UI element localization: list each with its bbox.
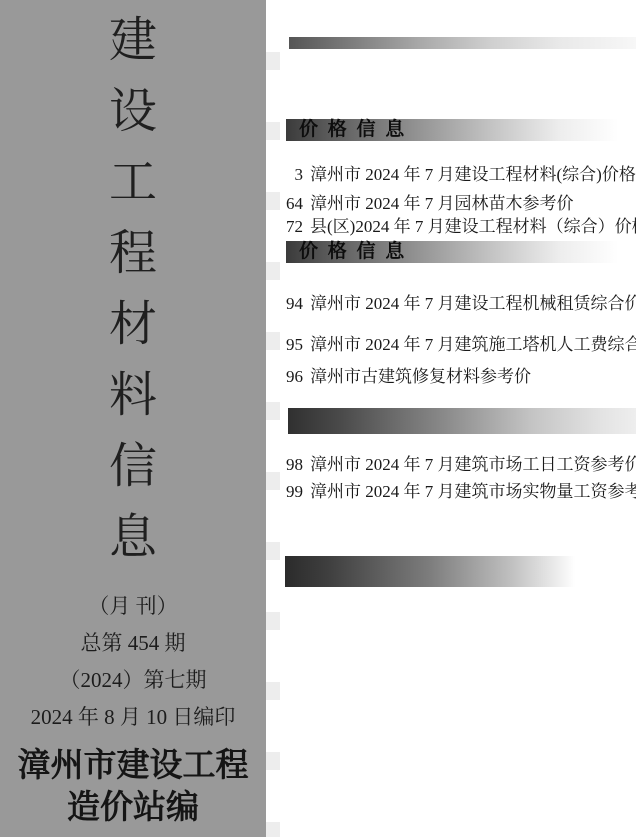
toc-entry: 99 漳州市 2024 年 7 月建筑市场实物量工资参考价 (281, 477, 635, 502)
page-number: 64 (281, 194, 303, 214)
entry-title: 漳州市 2024 年 7 月建设工程材料(综合)价格 (310, 160, 636, 185)
page-number: 72 (281, 217, 303, 237)
toc-entry: 95 漳州市 2024 年 7 月建筑施工塔机人工费综合价 (281, 330, 635, 355)
gradient-bar-top (289, 37, 636, 49)
entry-title: 漳州市 2024 年 7 月建筑市场实物量工资参考价 (310, 477, 636, 502)
section-header-label: 价 格 信 息 (299, 119, 407, 140)
magazine-cover-page: 建 设 工 程 材 料 信 息 （月 刊） 总第 454 期 （2024）第七期… (0, 0, 636, 837)
entry-title: 漳州市 2024 年 7 月园林苗木参考价 (310, 189, 635, 214)
table-of-contents: 价 格 信 息 3 漳州市 2024 年 7 月建设工程材料(综合)价格 64 … (0, 0, 636, 837)
section-header-price-info-2: 价 格 信 息 (286, 241, 636, 263)
page-number: 94 (281, 294, 303, 314)
toc-entry: 3 漳州市 2024 年 7 月建设工程材料(综合)价格 (281, 160, 635, 185)
page-number: 98 (281, 455, 303, 475)
toc-entry: 96 漳州市古建筑修复材料参考价 (281, 362, 635, 387)
entry-title: 漳州市 2024 年 7 月建筑施工塔机人工费综合价 (310, 330, 636, 355)
page-number: 95 (281, 335, 303, 355)
entry-title: 漳州市 2024 年 7 月建设工程机械租赁综合价 (310, 289, 636, 314)
gradient-bar-bottom (285, 556, 575, 587)
entry-title: 漳州市 2024 年 7 月建筑市场工日工资参考价 (310, 450, 636, 475)
page-number: 96 (281, 367, 303, 387)
entry-title: 县(区)2024 年 7 月建设工程材料（综合）价格 (310, 212, 636, 237)
gradient-bar-middle (288, 408, 636, 434)
toc-entry: 72 县(区)2024 年 7 月建设工程材料（综合）价格 (281, 212, 635, 237)
toc-entry: 94 漳州市 2024 年 7 月建设工程机械租赁综合价 (281, 289, 635, 314)
page-number: 99 (281, 482, 303, 502)
section-header-price-info-1: 价 格 信 息 (286, 119, 636, 141)
toc-entry: 98 漳州市 2024 年 7 月建筑市场工日工资参考价 (281, 450, 635, 475)
section-header-label: 价 格 信 息 (299, 241, 407, 262)
entry-title: 漳州市古建筑修复材料参考价 (310, 362, 635, 387)
toc-entry: 64 漳州市 2024 年 7 月园林苗木参考价 (281, 189, 635, 214)
page-number: 3 (281, 165, 303, 185)
